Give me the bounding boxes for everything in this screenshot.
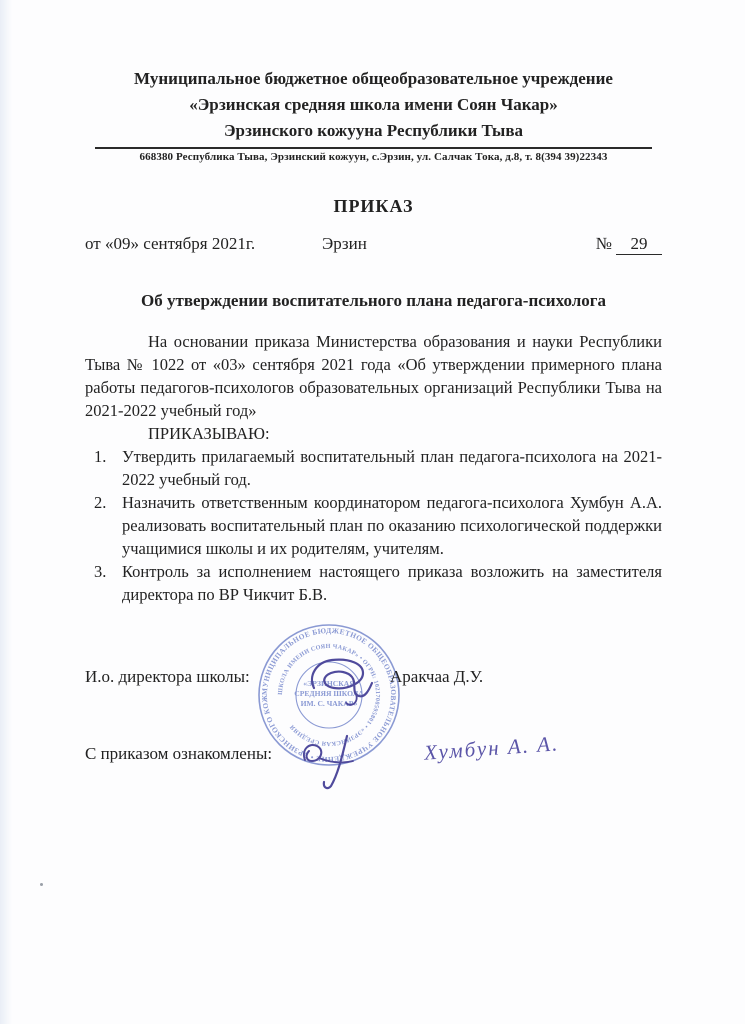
document-page: Муниципальное бюджетное общеобразователь…	[0, 0, 745, 1024]
order-place: Эрзин	[322, 234, 367, 254]
resolution-word: ПРИКАЗЫВАЮ:	[148, 422, 662, 445]
doc-type-heading: ПРИКАЗ	[85, 196, 662, 217]
order-item-3: 3. Контроль за исполнением настоящего пр…	[85, 560, 662, 606]
order-preamble: На основании приказа Министерства образо…	[85, 330, 662, 422]
number-value: 29	[616, 234, 662, 255]
document-content: Муниципальное бюджетное общеобразователь…	[0, 0, 745, 606]
item-text: Утвердить прилагаемый воспитательный пла…	[122, 447, 662, 489]
org-name-line1: Муниципальное бюджетное общеобразователь…	[85, 66, 662, 92]
org-header: Муниципальное бюджетное общеобразователь…	[85, 66, 662, 163]
order-item-2: 2. Назначить ответственным координатором…	[85, 491, 662, 560]
number-sign: №	[596, 234, 612, 253]
item-text: Назначить ответственным координатором пе…	[122, 493, 662, 558]
order-item-1: 1. Утвердить прилагаемый воспитательный …	[85, 445, 662, 491]
acknowledged-handwritten-name: Хумбун А. А.	[423, 731, 560, 765]
director-signature	[300, 650, 390, 710]
org-name-line2: «Эрзинская средняя школа имени Соян Чака…	[85, 92, 662, 118]
acknowledged-signature	[295, 728, 415, 793]
item-number: 3.	[94, 560, 106, 583]
director-label: И.о. директора школы:	[85, 667, 250, 687]
order-number: №29	[596, 234, 662, 255]
scan-artifact-dot	[40, 883, 43, 886]
item-text: Контроль за исполнением настоящего прика…	[122, 562, 662, 604]
org-name-line3: Эрзинского кожууна Республики Тыва	[85, 118, 662, 144]
director-name: Аракчаа Д.У.	[390, 667, 483, 687]
order-title: Об утверждении воспитательного плана пед…	[85, 291, 662, 311]
org-address: 668380 Республика Тыва, Эрзинский кожуун…	[85, 149, 662, 163]
item-number: 2.	[94, 491, 106, 514]
order-date: от «09» сентября 2021г.	[85, 234, 255, 254]
item-number: 1.	[94, 445, 106, 468]
date-row: от «09» сентября 2021г. Эрзин №29	[85, 234, 662, 257]
acknowledged-label: С приказом ознакомлены:	[85, 744, 272, 764]
